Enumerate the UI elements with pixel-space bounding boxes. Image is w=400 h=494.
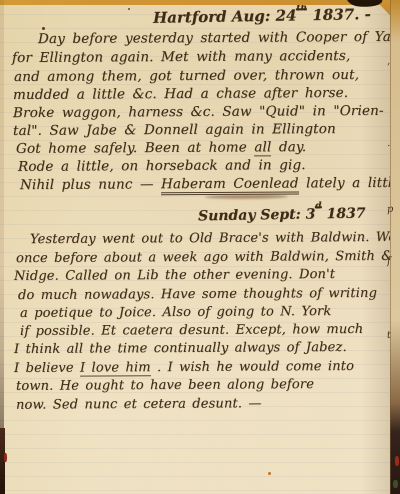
handwriting-line: once before about a week ago with Baldwi…: [16, 249, 393, 266]
facing-page-edge: [390, 0, 400, 494]
handwriting-line: town. He ought to have been along before: [16, 377, 314, 394]
handwriting-segment: Nihil plus nunc —: [20, 176, 161, 193]
edge-ink-mark: .: [387, 138, 391, 149]
underlined-word: all: [254, 139, 271, 156]
handwriting-line: now. Sed nunc et cetera desunt. —: [16, 396, 262, 412]
left-page-edge-shadow: [0, 0, 4, 494]
dateline-text: Sunday Sept: 3: [198, 206, 316, 224]
handwriting-line: I think all the time continually always …: [14, 340, 347, 357]
paper-speck: [268, 472, 271, 475]
dateline-text: 1837: [322, 206, 366, 223]
ordinal-suffix: d: [315, 207, 321, 209]
entry-dateline: Hartford Aug: 24th 1837. -: [153, 5, 371, 27]
edge-ink-mark: f: [387, 256, 391, 267]
handwriting-line: Nidge. Called on Lib the other evening. …: [14, 267, 335, 284]
handwriting-line: a poetique to Joice. Also of going to N.…: [20, 304, 332, 321]
handwriting-line: Broke waggon, harness &c. Saw "Quid" in …: [13, 103, 384, 121]
handwriting-line: mudded a little &c. Had a chase after ho…: [13, 85, 348, 103]
handwriting-line: Day before yesterday started with Cooper…: [38, 29, 400, 47]
underlined-words: I love him: [80, 360, 151, 376]
scribbled-underlined-words: Haberam Coenlead: [161, 175, 299, 195]
handwriting-line: for Ellington again. Met with many accid…: [12, 48, 350, 66]
edge-ink-mark: ,: [387, 56, 391, 67]
handwriting-line: Nihil plus nunc — Haberam Coenlead latel…: [20, 175, 400, 193]
cover-green-fleck: [393, 480, 398, 488]
handwriting-segment: Got home safely. Been at home: [16, 139, 254, 156]
handwriting-line: Yesterday went out to Old Brace's with B…: [30, 230, 400, 247]
dateline-text: Hartford Aug: 24: [153, 6, 297, 27]
cover-red-fleck: [4, 453, 7, 462]
handwriting-line: do much nowadays. Have some thoughts of …: [18, 286, 377, 303]
cover-red-fleck: [395, 456, 399, 466]
ink-speck: [128, 8, 130, 10]
handwriting-line: tal". Saw Jabe & Donnell again in Elling…: [13, 121, 336, 139]
handwriting-line: Got home safely. Been at home all day.: [16, 139, 306, 157]
entry-dateline: Sunday Sept: 3d 1837: [198, 206, 366, 225]
ordinal-suffix: th: [296, 8, 307, 10]
handwriting-line: I believe I love him . I wish he would c…: [14, 359, 354, 376]
handwriting-line: and among them, got turned over, thrown …: [14, 67, 359, 85]
edge-ink-mark: t: [387, 330, 392, 341]
binding-top-edge: [0, 0, 400, 5]
handwriting-segment: day.: [271, 139, 306, 155]
handwriting-line: Rode a little, on horseback and in gig.: [18, 157, 306, 175]
handwriting-segment: I believe: [14, 361, 80, 376]
handwriting-segment: . I wish he would come into: [151, 359, 354, 375]
page-gutter-shadow: [361, 0, 391, 494]
handwriting-line: if possible. Et caetera desunt. Except, …: [20, 322, 363, 339]
diary-page-photo: Hartford Aug: 24th 1837. - Day before ye…: [0, 0, 400, 494]
edge-ink-mark: p: [387, 204, 394, 215]
ink-speck: [42, 27, 45, 30]
